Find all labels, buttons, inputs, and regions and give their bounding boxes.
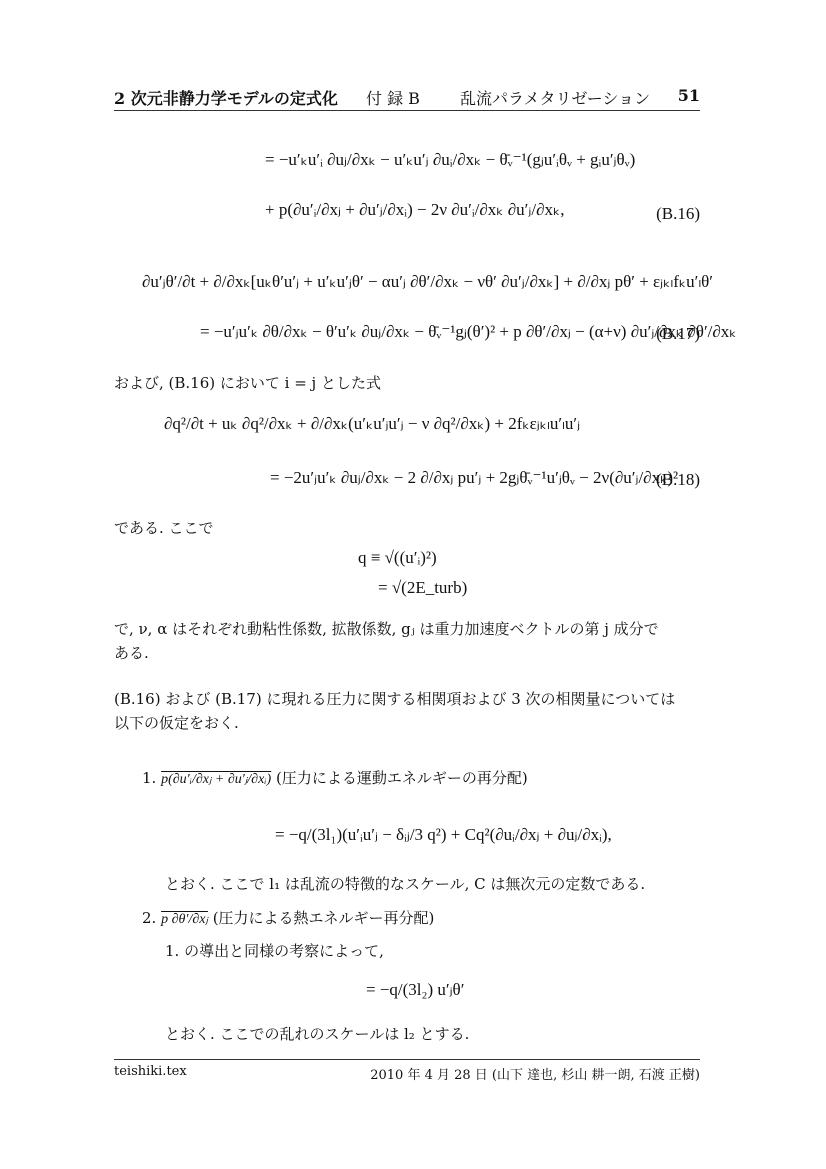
equation-q-definition: q ≡ √((u′ᵢ)²) (358, 548, 437, 568)
equation-b18-line2: = −2u′ⱼu′ₖ ∂uⱼ/∂xₖ − 2 ∂/∂xⱼ pu′ⱼ + 2gⱼθ… (270, 468, 678, 488)
equation-b16-line1: = −u′ₖu′ᵢ ∂uⱼ/∂xₖ − u′ₖu′ⱼ ∂uᵢ/∂xₖ − θ̄ᵥ… (265, 150, 635, 170)
list-title: (圧力による熱エネルギー再分配) (213, 909, 435, 927)
list-title: (圧力による運動エネルギーの再分配) (276, 769, 528, 787)
paragraph-coefficients-line1: で, ν, α はそれぞれ動粘性係数, 拡散係数, gⱼ は重力加速度ベクトルの… (114, 618, 659, 639)
page-footer: teishiki.tex 2010 年 4 月 28 日 (山下 達也, 杉山 … (114, 1064, 700, 1079)
equation-item1: = −q/(3l₁)(u′ᵢu′ⱼ − δᵢⱼ/3 q²) + Cq²(∂uᵢ/… (275, 825, 612, 845)
running-header: 2 次元非静力学モデルの定式化 付 録 B 乱流パラメタリゼーション 51 (114, 86, 700, 110)
list-marker: 1. (142, 769, 156, 787)
page-number: 51 (678, 86, 700, 105)
chapter-title: 2 次元非静力学モデルの定式化 (114, 86, 338, 109)
section-title: 乱流パラメタリゼーション (460, 86, 650, 109)
footer-date-authors: 2010 年 4 月 28 日 (山下 達也, 杉山 耕一朗, 石渡 正樹) (370, 1064, 700, 1083)
equation-item2: = −q/(3l₂) u′ⱼθ′ (366, 980, 464, 1000)
list-marker: 2. (142, 909, 156, 927)
footer-rule (114, 1059, 700, 1060)
item1-note: とおく. ここで l₁ は乱流の特徴的なスケール, C は無次元の定数である. (165, 873, 645, 894)
list-term: p(∂u′ᵢ/∂xⱼ + ∂u′ⱼ/∂xᵢ) (161, 772, 271, 787)
appendix-label: 付 録 B (366, 86, 420, 109)
equation-number-b18: (B.18) (656, 470, 700, 490)
item2-intro: 1. の導出と同様の考察によって, (165, 940, 384, 961)
paragraph-where: である. ここで (114, 517, 214, 538)
footer-filename: teishiki.tex (114, 1064, 187, 1079)
equation-b17-line1: ∂u′ⱼθ′/∂t + ∂/∂xₖ[uₖθ′u′ⱼ + u′ₖu′ⱼθ′ − α… (142, 272, 713, 292)
paragraph-assumptions-line1: (B.16) および (B.17) に現れる圧力に関する相関項および 3 次の相… (114, 688, 675, 709)
equation-b16-line2: + p(∂u′ᵢ/∂xⱼ + ∂u′ⱼ/∂xᵢ) − 2ν ∂u′ᵢ/∂xₖ ∂… (265, 200, 564, 220)
header-rule (114, 110, 700, 111)
equation-number-b17: (B.17) (656, 324, 700, 344)
paragraph-intro-b18: および, (B.16) において i = j とした式 (114, 372, 381, 393)
list-term: p ∂θ′/∂xⱼ (161, 912, 208, 927)
list-item-1: 1. p(∂u′ᵢ/∂xⱼ + ∂u′ⱼ/∂xᵢ) (圧力による運動エネルギーの… (142, 767, 528, 788)
equation-q-energy: = √(2E_turb) (378, 578, 467, 598)
equation-number-b16: (B.16) (656, 204, 700, 224)
paragraph-assumptions-line2: 以下の仮定をおく. (114, 712, 239, 733)
paragraph-coefficients-line2: ある. (114, 642, 149, 663)
list-item-2: 2. p ∂θ′/∂xⱼ (圧力による熱エネルギー再分配) (142, 907, 434, 928)
item2-note: とおく. ここでの乱れのスケールは l₂ とする. (165, 1023, 469, 1044)
equation-b18-line1: ∂q²/∂t + uₖ ∂q²/∂xₖ + ∂/∂xₖ(u′ₖu′ⱼu′ⱼ − … (164, 414, 580, 434)
